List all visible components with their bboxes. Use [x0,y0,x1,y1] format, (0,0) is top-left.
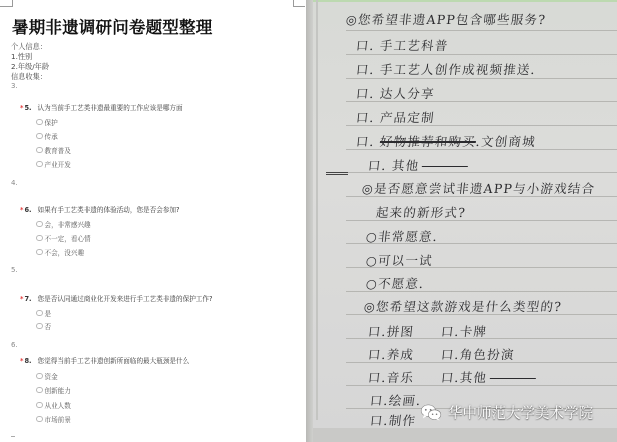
question-text: 您是否认同通过商业化开发来进行手工艺类非遗的保护工作? [38,295,213,303]
option[interactable]: 是 [36,308,51,318]
handwritten-option: 口.养成 [367,345,415,363]
question-text: 如果有手工艺类非遗的体验活动，您是否会参加? [38,206,180,214]
option[interactable]: 传承 [36,131,58,141]
notebook-bottom-edge [313,428,617,442]
option-label: 保护 [45,117,58,127]
option-label: 口. 其他 [367,158,420,173]
handwritten-option-edited: 口. 好物推荐和购买.文创商城 [355,132,537,150]
section-number: 3. [11,82,18,90]
handwritten-option: 口. 达人分享 [355,84,436,102]
info-line: 个人信息： [11,42,47,52]
radio-button[interactable] [36,147,43,154]
required-mark: * [20,104,23,112]
handwritten-option: 口.角色扮演 [440,345,516,363]
section-number: 6. [11,341,18,349]
fill-blank-line [422,166,468,167]
question-number: 8. [24,357,31,365]
option-label: 从业人数 [45,400,71,410]
option-label: 否 [45,321,52,331]
handwritten-option: ○可以一试 [365,251,434,269]
radio-button[interactable] [36,402,43,409]
handwritten-option: 口.其他 [440,368,537,386]
option[interactable]: 资金 [36,371,58,381]
option-suffix: .文创商城 [475,134,537,149]
handwritten-question: ◎是否愿意尝试非遗APP与小游戏结合 [361,179,596,197]
composite-image: 暑期非遗调研问卷题型整理 个人信息： 1.性别 2.年级/年龄 信息收集： 3.… [0,0,617,442]
question-6: *6.如果有手工艺类非遗的体验活动，您是否会参加? [20,204,180,214]
option-label: 不会，没兴趣 [45,247,85,257]
watermark-text: 华中师范大学美术学院 [448,402,593,423]
handwritten-question-cont: 起来的新形式? [375,203,467,221]
required-mark: * [20,206,23,214]
option[interactable]: 教育普及 [36,145,71,155]
question-8: *8.您觉得当前手工艺非遗创新所面临的最大瓶颈是什么 [20,355,189,365]
question-number: 6. [24,206,31,214]
required-mark: * [20,295,23,303]
wechat-icon [420,404,442,421]
option-label: 会，非常感兴趣 [45,219,91,229]
radio-button[interactable] [36,373,43,380]
radio-button[interactable] [36,221,43,228]
option-label: 创新能力 [45,385,71,395]
handwritten-question: ◎您希望这款游戏是什么类型的? [363,297,563,315]
handwritten-option: 口. 手工艺科普 [355,36,449,54]
section-number-fragment [11,436,15,437]
radio-button[interactable] [36,235,43,242]
section-number: 5. [11,266,18,274]
option[interactable]: 市场前景 [36,414,71,424]
option[interactable]: 保护 [36,117,58,127]
question-number: 7. [24,295,31,303]
info-line: 2.年级/年龄 [11,62,49,72]
question-text: 认为当前手工艺类非遗最重要的工作应该是哪方面 [38,104,183,112]
option-label: 不一定，看心情 [45,233,91,243]
notebook-fold [316,0,318,420]
radio-button[interactable] [36,310,43,317]
radio-button[interactable] [36,249,43,256]
handwritten-question: ◎您希望非遗APP包含哪些服务? [345,10,547,28]
required-mark: * [20,357,23,365]
option[interactable]: 不一定，看心情 [36,233,91,243]
option-label: 是 [45,308,52,318]
wechat-watermark: 华中师范大学美术学院 [420,402,593,423]
option-prefix: 口. [355,134,381,149]
ruled-line [346,30,617,31]
handwritten-option: ○非常愿意. [365,227,439,245]
option[interactable]: 从业人数 [36,400,71,410]
radio-button[interactable] [36,161,43,168]
ruled-line [346,54,617,55]
radio-button[interactable] [36,323,43,330]
photo-shadow [306,0,313,442]
handwritten-option: 口.卡牌 [440,322,488,340]
document-title: 暑期非遗调研问卷题型整理 [12,14,212,38]
question-5: *5.认为当前手工艺类非遗最重要的工作应该是哪方面 [20,102,183,112]
option-label: 资金 [45,371,58,381]
handwritten-option: 口.拼图 [367,322,415,340]
option-label: 传承 [45,131,58,141]
info-line: 信息收集： [11,72,47,82]
page-corner-mark [293,0,305,7]
struck-text: 好物推荐和购买 [379,134,476,149]
radio-button[interactable] [36,387,43,394]
handwritten-option: 口. 产品定制 [355,108,436,126]
option-label: 产业开发 [45,159,71,169]
option[interactable]: 不会，没兴趣 [36,247,84,257]
margin-mark [326,172,348,175]
option[interactable]: 否 [36,321,51,331]
option-label: 教育普及 [45,145,71,155]
handwritten-notes-photo: ◎您希望非遗APP包含哪些服务? 口. 手工艺科普 口. 手工艺人创作成视频推送… [306,0,617,442]
photo-edge [306,0,617,2]
option[interactable]: 会，非常感兴趣 [36,219,91,229]
ruled-line [346,78,617,79]
option-label: 市场前景 [45,414,71,424]
option[interactable]: 创新能力 [36,385,71,395]
survey-document-page: 暑期非遗调研问卷题型整理 个人信息： 1.性别 2.年级/年龄 信息收集： 3.… [0,0,306,442]
handwritten-option: 口. 其他 [367,156,469,174]
fill-blank-line [490,378,536,379]
handwritten-option: 口.绘画. [369,391,422,409]
radio-button[interactable] [36,133,43,140]
question-7: *7.您是否认同通过商业化开发来进行手工艺类非遗的保护工作? [20,293,212,303]
question-number: 5. [24,104,31,112]
radio-button[interactable] [36,416,43,423]
handwritten-option: ○不愿意. [365,274,425,292]
section-number: 4. [11,179,18,187]
option[interactable]: 产业开发 [36,159,71,169]
option-label: 口.其他 [440,370,488,385]
radio-button[interactable] [36,119,43,126]
handwritten-option: 口. 手工艺人创作成视频推送. [355,60,537,78]
handwritten-option: 口.制作 [369,411,417,429]
page-corner-mark [0,0,13,7]
info-line: 1.性别 [11,52,32,62]
handwritten-option: 口.音乐 [367,368,415,386]
question-text: 您觉得当前手工艺非遗创新所面临的最大瓶颈是什么 [38,357,190,365]
